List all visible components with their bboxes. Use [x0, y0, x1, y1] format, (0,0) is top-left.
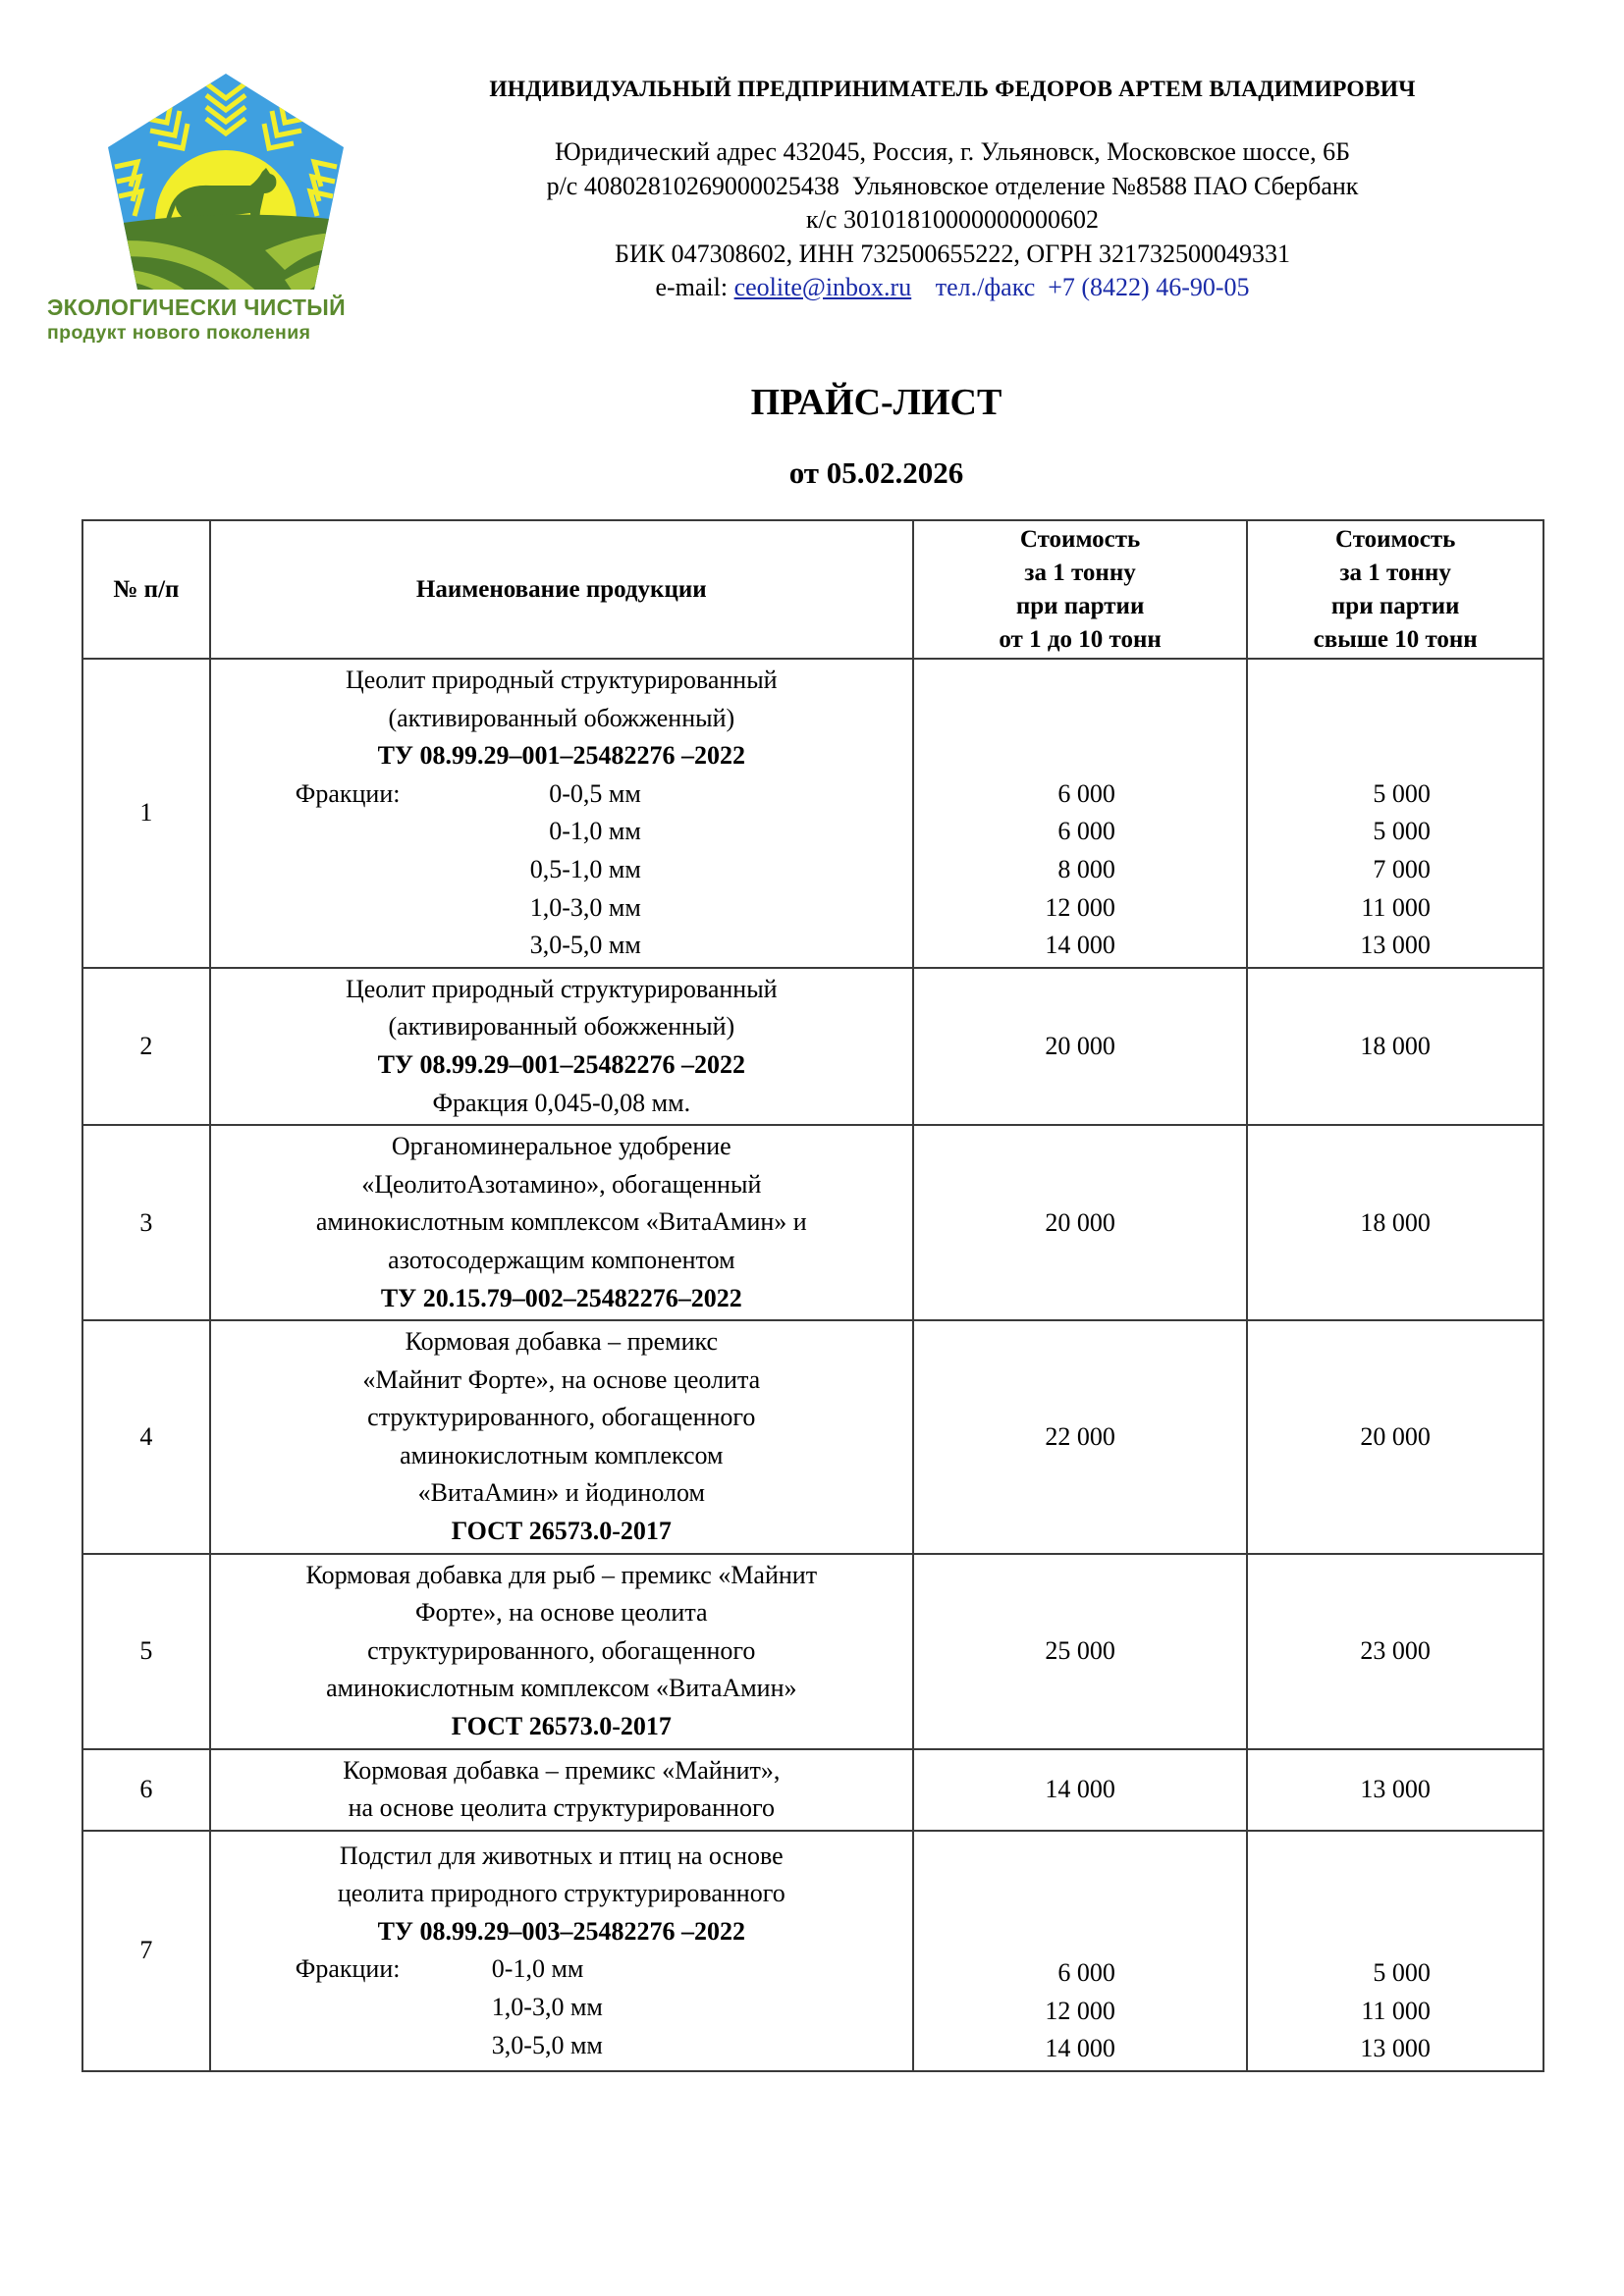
price-list: 6 000 12 000 14 000 — [1045, 1954, 1115, 2068]
legal-address: Юридический адрес 432045, Россия, г. Уль… — [373, 135, 1532, 170]
price-list: 6 000 6 000 8 000 12 000 14 000 — [1045, 775, 1115, 965]
product-standard: ГОСТ 26573.0-2017 — [217, 1513, 906, 1551]
price-1-10-cell: 6 000 12 000 14 000 — [913, 1831, 1248, 2071]
eco-farm-logo-icon — [103, 74, 349, 294]
product-standard: ГОСТ 26573.0-2017 — [217, 1708, 906, 1746]
fractions-list: Фракции:0-1,0 мм 1,0-3,0 мм 3,0-5,0 мм — [217, 1950, 906, 2064]
contacts-line: e-mail: ceolite@inbox.ru тел./факс +7 (8… — [373, 271, 1532, 305]
price-over-10-cell: 5 000 5 000 7 000 11 000 13 000 — [1247, 659, 1543, 968]
price-value: 13 000 — [1360, 927, 1431, 965]
row-number: 7 — [82, 1831, 210, 2071]
product-line: структурированного, обогащенного — [217, 1399, 906, 1437]
price-over-10-cell: 20 000 — [1247, 1320, 1543, 1554]
header-line: Стоимость — [914, 523, 1247, 557]
product-line: Кормовая добавка – премикс «Майнит», — [217, 1752, 906, 1790]
email-link[interactable]: ceolite@inbox.ru — [734, 273, 912, 301]
price-value: 12 000 — [1045, 1993, 1115, 2031]
price-value: 14 000 — [1045, 927, 1115, 965]
price-value: 6 000 — [1045, 775, 1115, 814]
product-name-cell: Подстил для животных и птиц на основе це… — [210, 1831, 913, 2071]
price-1-10-cell: 20 000 — [913, 1125, 1248, 1320]
price-over-10-cell: 5 000 11 000 13 000 — [1247, 1831, 1543, 2071]
fraction-item: 0-0,5 мм — [549, 775, 641, 814]
product-line: Подстил для животных и птиц на основе — [217, 1838, 906, 1876]
price-over-10-cell: 18 000 — [1247, 1125, 1543, 1320]
price-1-10-cell: 6 000 6 000 8 000 12 000 14 000 — [913, 659, 1248, 968]
product-name-cell: Кормовая добавка для рыб – премикс «Майн… — [210, 1554, 913, 1749]
price-over-10-cell: 23 000 — [1247, 1554, 1543, 1749]
product-line: аминокислотным комплексом «ВитаАмин» — [217, 1670, 906, 1708]
product-line: Цеолит природный структурированный — [217, 971, 906, 1009]
fraction-item: 0-1,0 мм — [549, 813, 641, 851]
column-header-price-1-10: Стоимость за 1 тонну при партии от 1 до … — [913, 520, 1248, 659]
table-row: 1 Цеолит природный структурированный (ак… — [82, 659, 1543, 968]
page-title: ПРАЙС-ЛИСТ — [0, 381, 1624, 424]
price-value: 7 000 — [1360, 851, 1431, 889]
table-row: 5 Кормовая добавка для рыб – премикс «Ма… — [82, 1554, 1543, 1749]
product-line: Кормовая добавка – премикс — [217, 1323, 906, 1362]
product-line: аминокислотным комплексом «ВитаАмин» и — [217, 1203, 906, 1242]
table-header-row: № п/п Наименование продукции Стоимость з… — [82, 520, 1543, 659]
table-row: 6 Кормовая добавка – премикс «Майнит», н… — [82, 1749, 1543, 1831]
price-over-10-cell: 13 000 — [1247, 1749, 1543, 1831]
price-1-10-cell: 14 000 — [913, 1749, 1248, 1831]
table-row: 7 Подстил для животных и птиц на основе … — [82, 1831, 1543, 2071]
phone-fax: тел./факс +7 (8422) 46-90-05 — [936, 273, 1250, 301]
fractions-list: Фракции:0-0,5 мм 0-1,0 мм 0,5-1,0 мм 1,0… — [217, 775, 906, 965]
product-line: на основе цеолита структурированного — [217, 1789, 906, 1828]
company-name: ИНДИВИДУАЛЬНЫЙ ПРЕДПРИНИМАТЕЛЬ ФЕДОРОВ А… — [373, 77, 1532, 103]
price-1-10-cell: 22 000 — [913, 1320, 1248, 1554]
price-value: 11 000 — [1360, 1993, 1431, 2031]
price-value: 5 000 — [1360, 1954, 1431, 1993]
product-fraction: Фракция 0,045-0,08 мм. — [217, 1085, 906, 1123]
product-line: (активированный обожженный) — [217, 1008, 906, 1046]
table-row: 3 Органоминеральное удобрение «ЦеолитоАз… — [82, 1125, 1543, 1320]
row-number: 5 — [82, 1554, 210, 1749]
price-over-10-cell: 18 000 — [1247, 968, 1543, 1125]
row-number: 6 — [82, 1749, 210, 1831]
fractions-label: Фракции: — [296, 775, 401, 814]
price-value: 13 000 — [1360, 2030, 1431, 2068]
product-line: аминокислотным комплексом — [217, 1437, 906, 1475]
company-requisites: Юридический адрес 432045, Россия, г. Уль… — [373, 135, 1532, 305]
product-line: структурированного, обогащенного — [217, 1632, 906, 1671]
price-value: 6 000 — [1045, 1954, 1115, 1993]
column-header-number: № п/п — [82, 520, 210, 659]
fractions-label: Фракции: — [296, 1950, 401, 1989]
header-line: от 1 до 10 тонн — [914, 623, 1247, 657]
header-line: при партии — [1248, 590, 1543, 623]
price-value: 14 000 — [1045, 2030, 1115, 2068]
price-value: 6 000 — [1045, 813, 1115, 851]
row-number: 4 — [82, 1320, 210, 1554]
fraction-item: 0,5-1,0 мм — [530, 851, 641, 889]
product-line: (активированный обожженный) — [217, 700, 906, 738]
table-row: 2 Цеолит природный структурированный (ак… — [82, 968, 1543, 1125]
header-line: свыше 10 тонн — [1248, 623, 1543, 657]
product-line: Кормовая добавка для рыб – премикс «Майн… — [217, 1557, 906, 1595]
fraction-item: 3,0-5,0 мм — [492, 2027, 603, 2065]
product-line: Форте», на основе цеолита — [217, 1594, 906, 1632]
product-name-cell: Цеолит природный структурированный (акти… — [210, 659, 913, 968]
row-number: 3 — [82, 1125, 210, 1320]
product-name-cell: Органоминеральное удобрение «ЦеолитоАзот… — [210, 1125, 913, 1320]
row-number: 2 — [82, 968, 210, 1125]
product-line: «ЦеолитоАзотамино», обогащенный — [217, 1166, 906, 1204]
header-line: за 1 тонну — [914, 557, 1247, 590]
email-label: e-mail: — [655, 273, 733, 301]
product-line: «Майнит Форте», на основе цеолита — [217, 1362, 906, 1400]
fraction-item: 1,0-3,0 мм — [492, 1989, 603, 2027]
bank-account: р/с 40802810269000025438 Ульяновское отд… — [373, 170, 1532, 204]
header-line: при партии — [914, 590, 1247, 623]
product-standard: ТУ 08.99.29–003–25482276 –2022 — [217, 1913, 906, 1951]
product-line: «ВитаАмин» и йодинолом — [217, 1474, 906, 1513]
registration-ids: БИК 047308602, ИНН 732500655222, ОГРН 32… — [373, 238, 1532, 272]
company-logo — [103, 74, 349, 294]
product-standard: ТУ 08.99.29–001–25482276 –2022 — [217, 737, 906, 775]
row-number: 1 — [82, 659, 210, 968]
price-value: 11 000 — [1360, 889, 1431, 928]
price-list: 5 000 11 000 13 000 — [1360, 1954, 1431, 2068]
product-name-cell: Кормовая добавка – премикс «Майнит Форте… — [210, 1320, 913, 1554]
product-name-cell: Кормовая добавка – премикс «Майнит», на … — [210, 1749, 913, 1831]
price-list-date: от 05.02.2026 — [0, 455, 1624, 491]
price-list: 5 000 5 000 7 000 11 000 13 000 — [1360, 775, 1431, 965]
product-standard: ТУ 20.15.79–002–25482276–2022 — [217, 1280, 906, 1318]
correspondent-account: к/с 30101810000000000602 — [373, 203, 1532, 238]
price-table: № п/п Наименование продукции Стоимость з… — [81, 519, 1544, 2072]
product-line: цеолита природного структурированного — [217, 1875, 906, 1913]
logo-caption: ЭКОЛОГИЧЕСКИ ЧИСТЫЙ продукт нового покол… — [47, 294, 381, 345]
column-header-price-over-10: Стоимость за 1 тонну при партии свыше 10… — [1247, 520, 1543, 659]
price-value: 8 000 — [1045, 851, 1115, 889]
product-standard: ТУ 08.99.29–001–25482276 –2022 — [217, 1046, 906, 1085]
price-value: 5 000 — [1360, 813, 1431, 851]
header-line: за 1 тонну — [1248, 557, 1543, 590]
price-1-10-cell: 20 000 — [913, 968, 1248, 1125]
product-line: Цеолит природный структурированный — [217, 662, 906, 700]
header-line: Стоимость — [1248, 523, 1543, 557]
logo-caption-line2: продукт нового поколения — [47, 322, 381, 345]
product-line: Органоминеральное удобрение — [217, 1128, 906, 1166]
fraction-item: 3,0-5,0 мм — [530, 927, 641, 965]
product-name-cell: Цеолит природный структурированный (акти… — [210, 968, 913, 1125]
column-header-product-name: Наименование продукции — [210, 520, 913, 659]
price-1-10-cell: 25 000 — [913, 1554, 1248, 1749]
logo-caption-line1: ЭКОЛОГИЧЕСКИ ЧИСТЫЙ — [47, 294, 381, 322]
table-row: 4 Кормовая добавка – премикс «Майнит Фор… — [82, 1320, 1543, 1554]
fraction-item: 0-1,0 мм — [492, 1950, 584, 1989]
price-value: 5 000 — [1360, 775, 1431, 814]
fraction-item: 1,0-3,0 мм — [530, 889, 641, 928]
price-value: 12 000 — [1045, 889, 1115, 928]
product-line: азотосодержащим компонентом — [217, 1242, 906, 1280]
